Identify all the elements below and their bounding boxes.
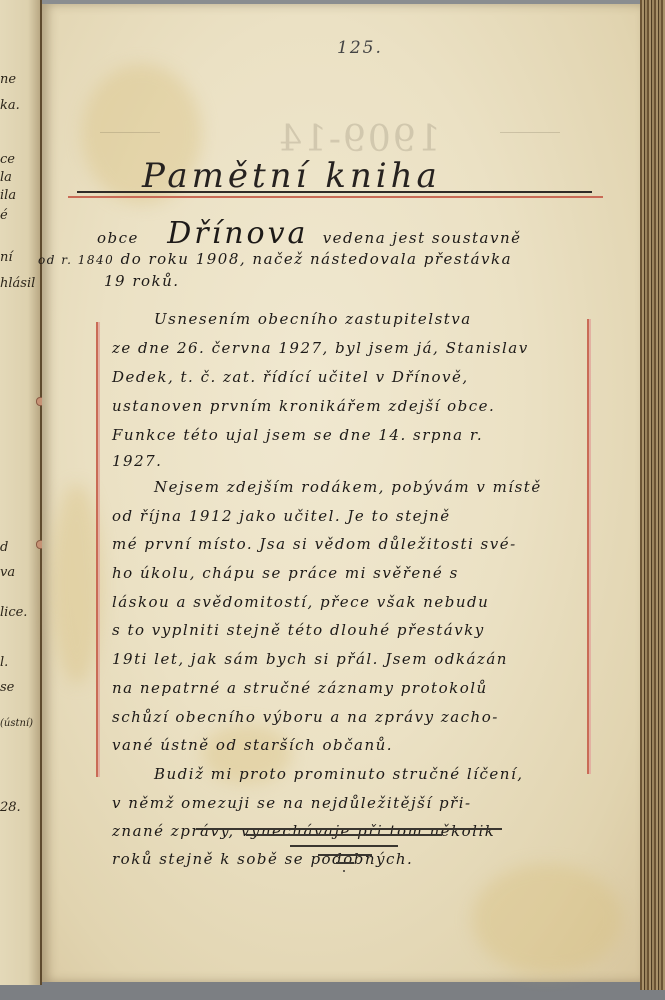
body-line: schůzí obecního výboru a na zprávy zacho… [112, 708, 499, 726]
heading-line-1: obce Dřínova vedena jest soustavně [97, 216, 522, 251]
body-line: roků stejně k sobě se podobných. [112, 850, 413, 868]
title-underline-black [77, 191, 592, 193]
body-line: ho úkolu, chápu se práce mi svěřené s [112, 564, 459, 582]
heading-prefix: obce [97, 229, 139, 247]
title-underline-red [68, 196, 603, 198]
left-page-fragment: la [0, 170, 12, 185]
left-page-fragment: 28. [0, 800, 21, 815]
body-line: v němž omezuji se na nejdůležitější při- [112, 794, 472, 812]
right-margin-rule [587, 319, 589, 774]
body-line: Funkce této ujal jsem se dne 14. srpna r… [112, 426, 483, 444]
page-title: Pamětní kniha [142, 156, 441, 196]
paper-stain [52, 484, 102, 684]
left-page-fragment: d [0, 540, 8, 555]
left-page-fragment: hlásil [0, 276, 35, 291]
left-page-fragment: ne [0, 72, 16, 87]
town-name: Dřínova [167, 216, 308, 251]
closing-rule [196, 828, 502, 830]
body-line: od října 1912 jako učitel. Je to stejně [112, 507, 451, 525]
left-facing-page: ne ka. ce la ila é ní hlásil d va lice. … [0, 0, 42, 985]
body-line: znané zprávy, vynechávaje při tom několi… [112, 822, 495, 840]
body-line: láskou a svědomitostí, přece však nebudu [112, 593, 489, 611]
left-page-fragment: lice. [0, 605, 27, 620]
body-line: Nejsem zdejším rodákem, pobývám v místě [154, 478, 542, 496]
left-page-fragment: ce [0, 152, 15, 167]
body-line: Usnesením obecního zastupitelstva [154, 310, 472, 328]
bleed-through-rule [100, 132, 160, 133]
closing-rule [318, 854, 372, 856]
body-line: Budiž mi proto prominuto stručné líčení, [154, 765, 524, 783]
left-page-fragment: ní [0, 250, 13, 265]
chronicle-page: 125. 1909-14 Pamětní kniha obce Dřínova … [42, 4, 640, 982]
left-page-fragment: l. [0, 655, 8, 670]
body-line: ze dne 26. června 1927, byl jsem já, Sta… [112, 339, 529, 357]
bleed-through-text: 1909-14 [277, 119, 441, 160]
paper-stain [472, 864, 622, 974]
body-line: mé první místo. Jsa si vědom důležitosti… [112, 535, 517, 553]
left-page-fragment: é [0, 208, 8, 223]
heading-line-3: 19 roků. [104, 272, 180, 290]
closing-rule [336, 862, 354, 864]
body-line: 19ti let, jak sám bych si přál. Jsem odk… [112, 650, 508, 668]
left-page-fragment: va [0, 565, 15, 580]
body-line: na nepatrné a stručné záznamy protokolů [112, 679, 488, 697]
closing-rule [246, 834, 442, 836]
left-page-fragment: ila [0, 188, 16, 203]
left-page-fragment: se [0, 680, 14, 695]
book-page-edges [640, 0, 665, 990]
body-line: 1927. [112, 452, 162, 470]
body-line: Dedek, t. č. zat. řídící učitel v Dřínov… [112, 368, 469, 386]
closing-dot [343, 870, 345, 872]
closing-rule [290, 845, 398, 847]
margin-note: od r. 1840 [38, 253, 114, 267]
body-line: s to vyplniti stejně této dlouhé přestáv… [112, 621, 485, 639]
heading-line-2: od r. 1840 do roku 1908, načež nástedova… [38, 250, 512, 268]
bleed-through-rule [500, 132, 560, 133]
body-line: ustanoven prvním kronikářem zdejší obce. [112, 397, 495, 415]
heading-text: 19 roků. [104, 272, 180, 290]
page-number: 125. [337, 38, 383, 58]
left-page-fragment: (ústní) [0, 718, 33, 729]
left-page-fragment: ka. [0, 98, 20, 113]
heading-text: do roku 1908, načež nástedovala přestávk… [121, 250, 512, 268]
heading-text: vedena jest soustavně [323, 229, 522, 247]
body-line: vané ústně od starších občanů. [112, 736, 393, 754]
left-margin-rule [96, 322, 98, 777]
